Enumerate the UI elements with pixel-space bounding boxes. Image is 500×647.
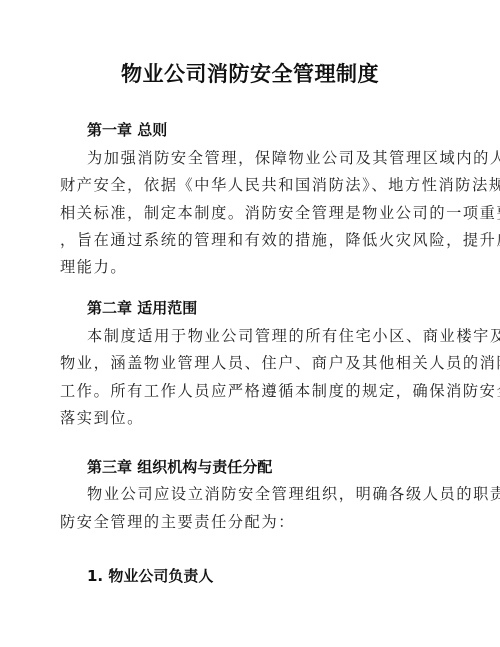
chapter-1-heading: 第一章 总则 xyxy=(87,120,167,140)
chapter-3-line: 物业公司应设立消防安全管理组织，明确各级人员的职责。消 xyxy=(87,484,440,504)
chapter-1-line: ，旨在通过系统的管理和有效的措施，降低火灾风险，提升应急处 xyxy=(60,230,440,250)
chapter-2-line: 物业，涵盖物业管理人员、住户、商户及其他相关人员的消防安全 xyxy=(60,353,440,373)
chapter-3-line: 防安全管理的主要责任分配为： xyxy=(60,512,440,532)
chapter-2-line: 本制度适用于物业公司管理的所有住宅小区、商业楼宇及其他 xyxy=(87,326,440,346)
chapter-1-line: 财产安全，依据《中华人民共和国消防法》、地方性消防法规以及 xyxy=(60,175,440,195)
chapter-1-line: 相关标准，制定本制度。消防安全管理是物业公司的一项重要职责 xyxy=(60,203,440,223)
chapter-2-line: 工作。所有工作人员应严格遵循本制度的规定，确保消防安全责任 xyxy=(60,381,440,401)
document-title: 物业公司消防安全管理制度 xyxy=(0,60,500,88)
document-page: 物业公司消防安全管理制度 第一章 总则 为加强消防安全管理，保障物业公司及其管理… xyxy=(0,0,500,647)
chapter-1-line: 为加强消防安全管理，保障物业公司及其管理区域内的人员和 xyxy=(87,148,440,168)
chapter-2-line: 落实到位。 xyxy=(60,408,440,428)
list-item-heading: 1. 物业公司负责人 xyxy=(87,566,213,586)
chapter-2-heading: 第二章 适用范围 xyxy=(87,298,197,318)
chapter-3-heading: 第三章 组织机构与责任分配 xyxy=(87,457,272,477)
chapter-1-line: 理能力。 xyxy=(60,257,440,277)
